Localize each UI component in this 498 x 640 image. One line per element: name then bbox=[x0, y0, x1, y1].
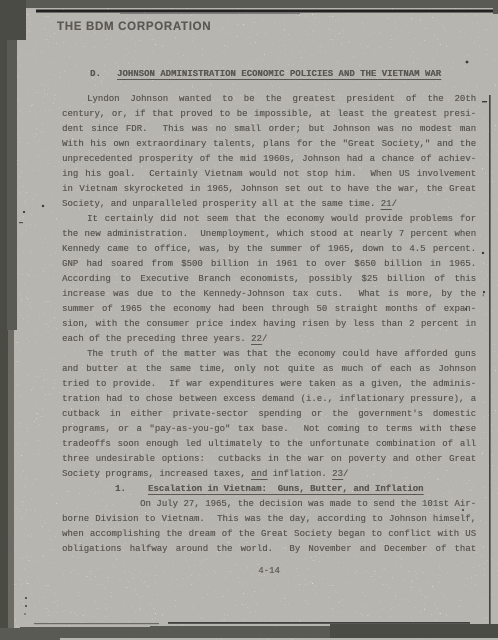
top-left-corner-blob bbox=[0, 0, 26, 40]
text-line: It certainly did not seem that the econo… bbox=[62, 212, 476, 227]
underlined-text: and bbox=[251, 469, 267, 479]
bottom-scan-line-right bbox=[168, 622, 470, 624]
bottom-right-blob bbox=[400, 628, 475, 637]
text-line: three undesirable options: cutbacks in t… bbox=[62, 452, 476, 467]
text-line: Lyndon Johnson wanted to be the greatest… bbox=[62, 92, 476, 107]
text-line: tradeoffs soon enough led ultimately to … bbox=[62, 437, 476, 452]
section-label: D. bbox=[90, 68, 117, 81]
text-line: With his own extraordinary talents, plan… bbox=[62, 137, 476, 152]
text-line: programs, or a "pay-as-you-go" tax base.… bbox=[62, 422, 476, 437]
text-line: obligations halfway around the world. By… bbox=[62, 542, 476, 557]
text-line: dent since FDR. This was no small order;… bbox=[62, 122, 476, 137]
text-line: tried to provide. If war expenditures we… bbox=[62, 377, 476, 392]
page-number: 4-14 bbox=[62, 566, 476, 576]
underlined-text: 21 bbox=[381, 199, 392, 209]
text-line: Kennedy came to office, was, by the summ… bbox=[62, 242, 476, 257]
text-line: According to Executive Branch economists… bbox=[62, 272, 476, 287]
subsection-number: 1. bbox=[115, 482, 148, 497]
text-line: in Vietnam skyrocketed in 1965, Johnson … bbox=[62, 182, 476, 197]
text-line: century, or, if that proved to be imposs… bbox=[62, 107, 476, 122]
text-line: borne Division to Vietnam. This was the … bbox=[62, 512, 476, 527]
section-heading: D.JOHNSON ADMINISTRATION ECONOMIC POLICI… bbox=[90, 68, 490, 81]
text-line: tration had to chose between excess dema… bbox=[62, 392, 476, 407]
text-line: ing his goal. Certainly Vietnam would no… bbox=[62, 167, 476, 182]
right-edge-noise bbox=[489, 0, 498, 632]
text-line: and butter at the same time, only not qu… bbox=[62, 362, 476, 377]
section-title: JOHNSON ADMINISTRATION ECONOMIC POLICIES… bbox=[117, 69, 441, 79]
bottom-scan-line-left bbox=[34, 623, 159, 624]
text-line: Society programs, increased taxes, and i… bbox=[62, 467, 476, 482]
subsection-heading: 1.Escalation in Vietnam: Guns, Butter, a… bbox=[62, 482, 476, 497]
text-line: unprecedented prosperity of the mid 1960… bbox=[62, 152, 476, 167]
text-line: the new administration. Unemployment, wh… bbox=[62, 227, 476, 242]
underlined-text: 23 bbox=[332, 469, 343, 479]
bottom-edge-noise bbox=[0, 622, 498, 640]
text-line: GNP had soared from $500 billion in 1961… bbox=[62, 257, 476, 272]
text-line: summer of 1965 the economy had been thro… bbox=[62, 302, 476, 317]
text-line: On July 27, 1965, the decision was made … bbox=[62, 497, 476, 512]
text-line: increase was due to the Kennedy-Johnson … bbox=[62, 287, 476, 302]
scanned-document-page: THE BDM CORPORATION D.JOHNSON ADMINISTRA… bbox=[0, 0, 498, 640]
text-line: The truth of the matter was that the eco… bbox=[62, 347, 476, 362]
top-edge-noise bbox=[0, 0, 498, 14]
left-edge-noise bbox=[0, 0, 26, 640]
document-body: Lyndon Johnson wanted to be the greatest… bbox=[62, 92, 476, 557]
text-line: when accomplishing the dream of the Grea… bbox=[62, 527, 476, 542]
right-scan-line bbox=[489, 95, 491, 632]
text-line: sion, with the consumer price index havi… bbox=[62, 317, 476, 332]
top-scan-line bbox=[36, 10, 498, 13]
text-line: each of the preceding three years. 22/ bbox=[62, 332, 476, 347]
underlined-text: 22 bbox=[251, 334, 262, 344]
subsection-title: Escalation in Vietnam: Guns, Butter, and… bbox=[148, 484, 423, 494]
text-line: cutback in either private-sector spendin… bbox=[62, 407, 476, 422]
company-letterhead: THE BDM CORPORATION bbox=[57, 21, 211, 33]
text-line: Society, and unparalleled prosperity all… bbox=[62, 197, 476, 212]
